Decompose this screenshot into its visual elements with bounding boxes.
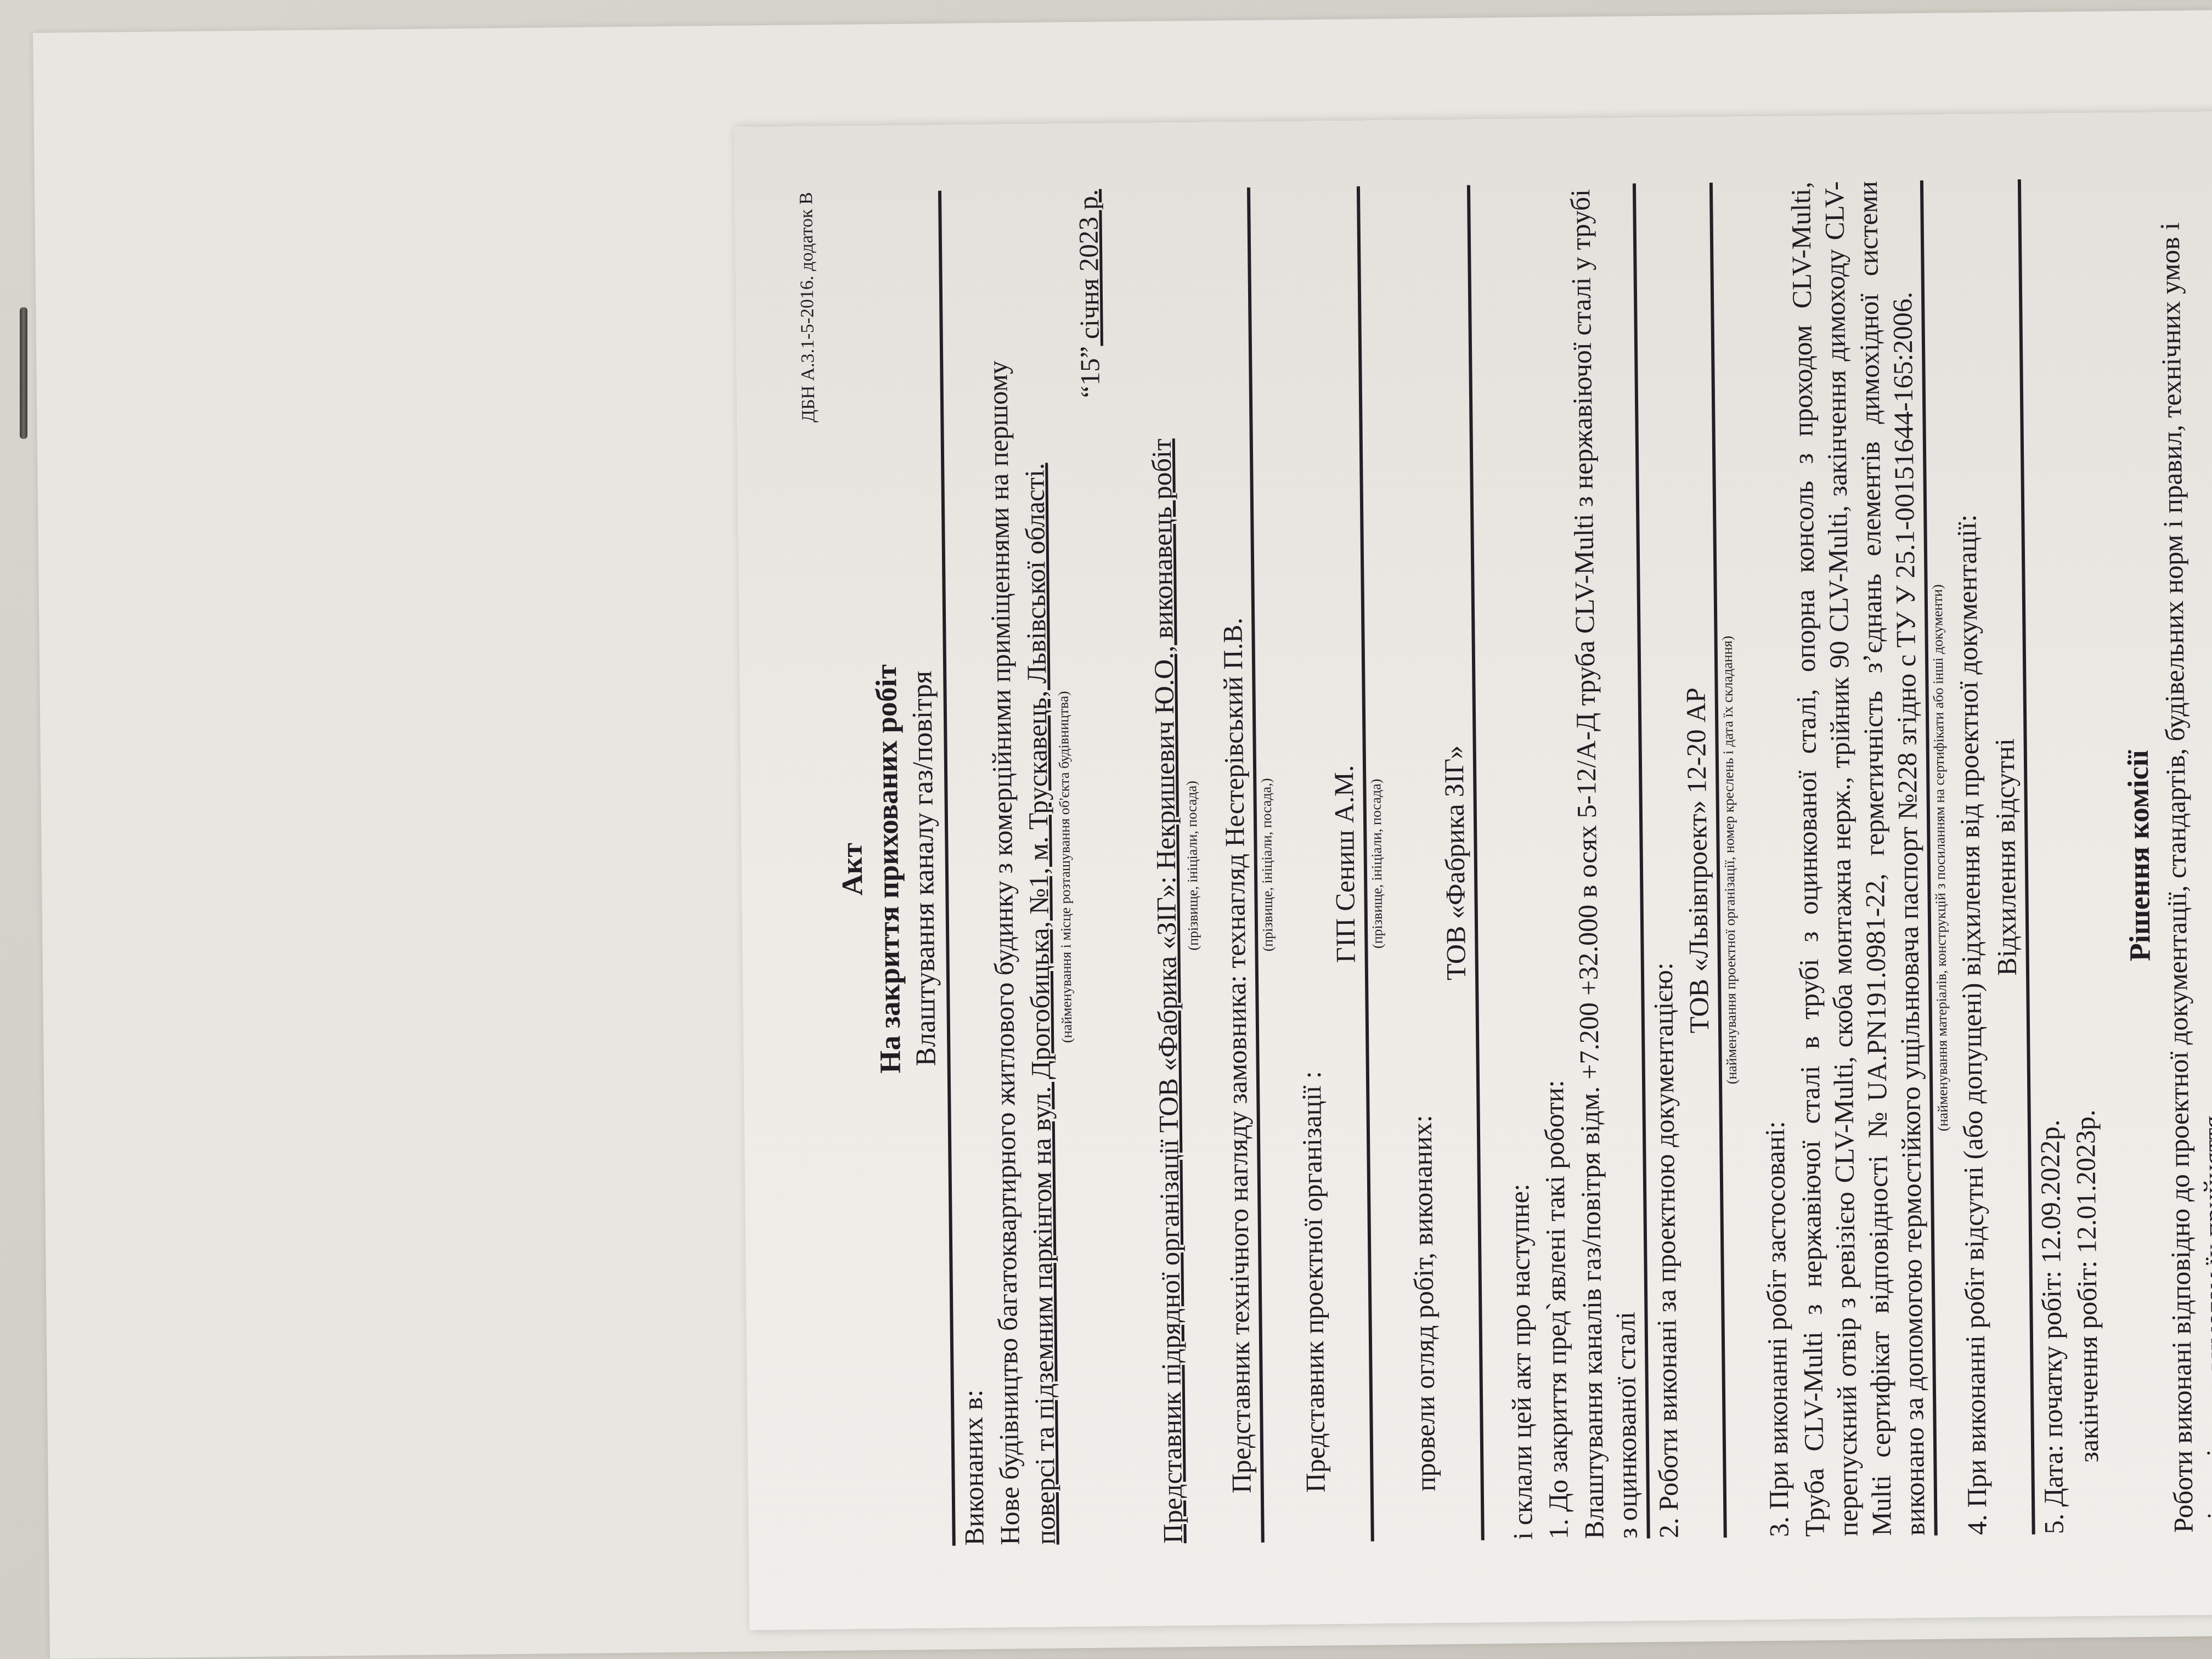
document-page: ДБН А.3.1-5-2016. додаток В Акт На закри… <box>734 108 2212 1630</box>
standard-reference: ДБН А.3.1-5-2016. додаток В <box>795 192 832 1547</box>
item-1-text: Влаштування каналів газ/повітря відм. +7… <box>1564 183 1645 1539</box>
act-date-month-year: січня 2023 р. <box>1073 189 1105 347</box>
act-date-day: “15” <box>1074 346 1105 398</box>
item-3-text: Труба CLV-Multi з нержавіючої сталі в тр… <box>1784 180 1932 1537</box>
staple <box>20 307 27 439</box>
